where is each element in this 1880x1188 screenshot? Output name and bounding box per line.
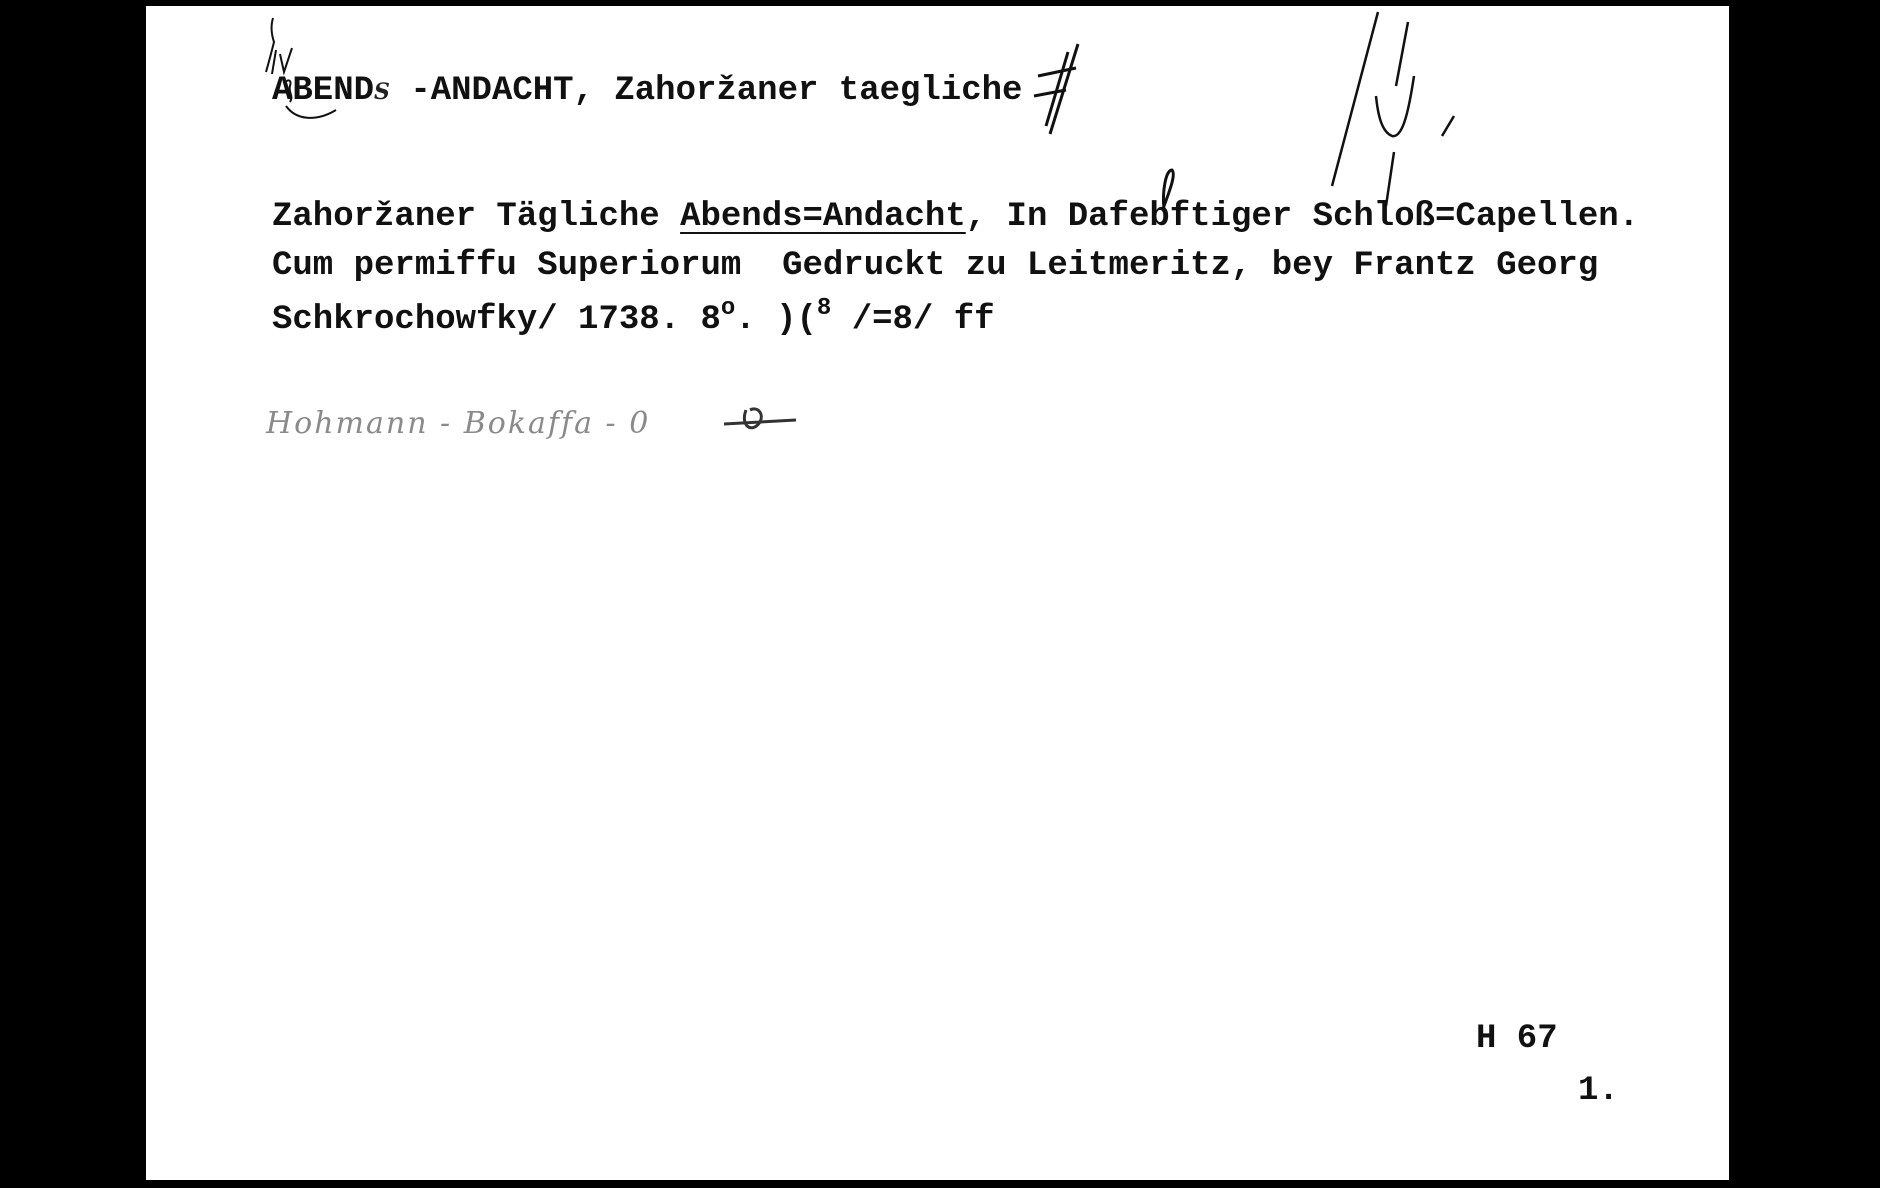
heading-part2: -ANDACHT, Zahoržaner taegliche — [390, 72, 1023, 110]
printer-year-format: Schkrochowfky/ 1738. 8 — [272, 301, 721, 339]
handwritten-initials-icon — [1332, 12, 1454, 206]
imprint-line: Cum permiffu Superiorum Gedruckt zu Leit… — [272, 249, 1598, 283]
signature-superscript: 8 — [817, 295, 831, 322]
shelfmark: H 67 — [1476, 1022, 1558, 1056]
card-heading: ABENDS -ANDACHT, Zahoržaner taegliche — [272, 74, 1022, 108]
title-text: Zahoržaner Tägliche — [272, 198, 680, 236]
handwritten-note: Hohmann - Bokaffa - 0 — [266, 406, 650, 441]
format-superscript: o — [721, 295, 735, 322]
heading-part1: ABEND — [272, 72, 374, 110]
slash-mark-icon — [1034, 44, 1078, 134]
collation-text: . )( — [735, 301, 817, 339]
underlined-title: Abends=Andacht — [680, 198, 966, 236]
title-text-continued: , In Dafebftiger Schloß=Capellen. — [966, 198, 1639, 236]
handwritten-annotations — [146, 6, 1729, 1180]
pencil-strike-icon — [724, 409, 796, 428]
collation-text-end: /=8/ ff — [831, 301, 994, 339]
corner-mark-icon — [266, 18, 292, 74]
copy-number: 1. — [1578, 1074, 1619, 1108]
collation-line: Schkrochowfky/ 1738. 8o. )(8 /=8/ ff — [272, 297, 995, 337]
heading-inserted-letter: S — [374, 79, 390, 105]
catalog-card: ABENDS -ANDACHT, Zahoržaner taegliche Za… — [146, 6, 1729, 1180]
title-line-1: Zahoržaner Tägliche Abends=Andacht, In D… — [272, 200, 1639, 234]
